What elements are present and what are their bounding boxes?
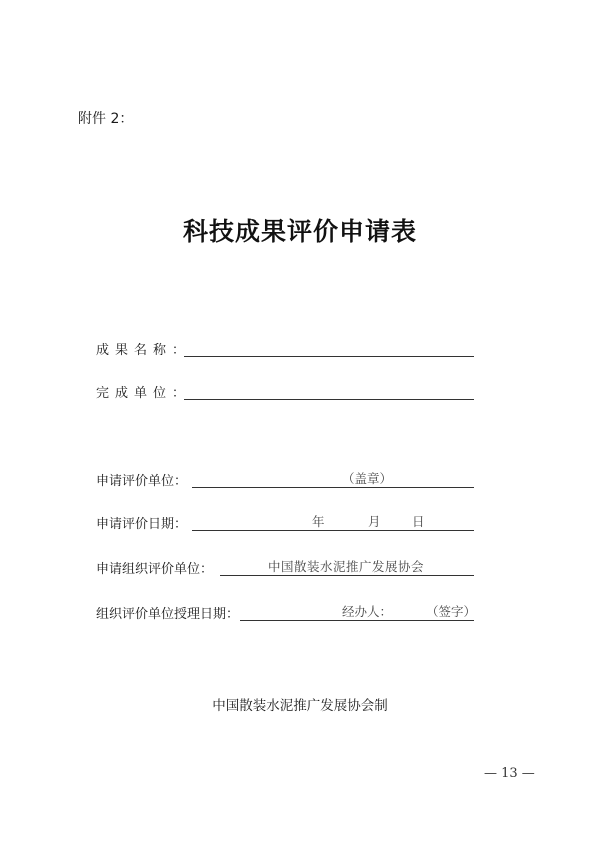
- field-organizing-unit: 申请组织评价单位： 中国散装水泥推广发展协会: [96, 557, 476, 577]
- day-label: 日: [412, 512, 425, 530]
- field-application-date: 申请评价日期： 年 月 日: [96, 512, 476, 532]
- field-label: 组织评价单位授理日期：: [96, 603, 239, 622]
- field-completing-unit: 完成单位：: [96, 381, 476, 401]
- page-number: — 13 —: [484, 766, 535, 781]
- field-achievement-name: 成果名称：: [96, 338, 476, 358]
- field-label: 完成单位：: [96, 382, 191, 401]
- application-date-input[interactable]: 年 月 日: [192, 512, 474, 531]
- issuing-organization: 中国散装水泥推广发展协会制: [0, 694, 600, 714]
- field-acceptance-date: 组织评价单位授理日期： 经办人： （签字）: [96, 602, 476, 622]
- field-label: 申请评价日期：: [96, 513, 187, 532]
- organizing-unit-value: 中国散装水泥推广发展协会: [268, 557, 424, 575]
- achievement-name-input[interactable]: [184, 338, 474, 357]
- field-label: 申请评价单位：: [96, 470, 187, 489]
- seal-note: （盖章）: [342, 469, 392, 487]
- organizing-unit-input[interactable]: 中国散装水泥推广发展协会: [220, 557, 474, 576]
- field-label: 成果名称：: [96, 339, 191, 358]
- year-label: 年: [312, 512, 325, 530]
- field-applicant-unit: 申请评价单位： （盖章）: [96, 469, 476, 489]
- month-label: 月: [368, 512, 381, 530]
- form-title: 科技成果评价申请表: [0, 212, 600, 248]
- signature-note: （签字）: [426, 602, 474, 620]
- attachment-label: 附件 2：: [78, 108, 133, 128]
- handler-label: 经办人：: [342, 602, 392, 620]
- applicant-unit-input[interactable]: （盖章）: [192, 469, 474, 488]
- acceptance-date-input[interactable]: 经办人： （签字）: [240, 602, 474, 621]
- field-label: 申请组织评价单位：: [96, 558, 213, 577]
- completing-unit-input[interactable]: [184, 381, 474, 400]
